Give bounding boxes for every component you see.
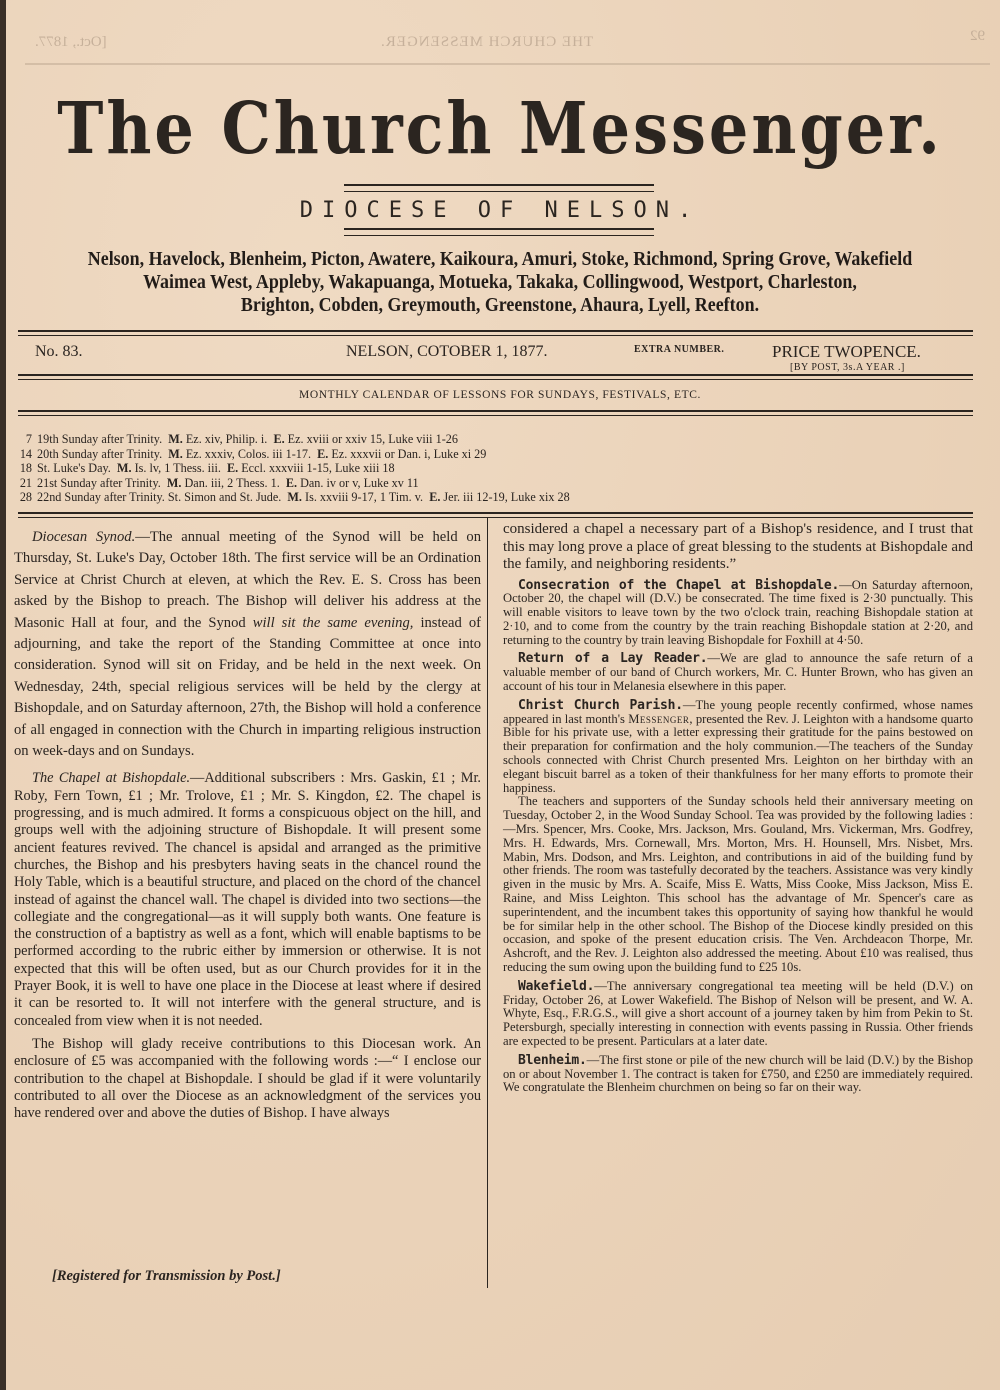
calendar-occasion: 22nd Sunday after Trinity. St. Simon and… — [37, 490, 281, 504]
calendar-occasion: 20th Sunday after Trinity. — [37, 447, 162, 461]
evening-label: E. — [273, 432, 284, 446]
issue-place-date: NELSON, COTOBER 1, 1877. — [346, 343, 548, 361]
article-heading: Diocesan Synod. — [32, 529, 135, 545]
morning-lesson: Is. xxviii 9-17, 1 Tim. v. — [305, 490, 423, 504]
calendar-day: 18 — [16, 461, 32, 476]
article-consecration: Consecration of the Chapel at Bishopdale… — [503, 579, 973, 648]
issue-bottom-rule — [18, 374, 973, 380]
article-contributions: The Bishop will glady receive contributi… — [14, 1036, 481, 1122]
article-wakefield: Wakefield.—The anniversary congregationa… — [503, 980, 973, 1049]
columns-top-rule — [18, 512, 973, 518]
calendar-heading: MONTHLY CALENDAR OF LESSONS FOR SUNDAYS,… — [0, 389, 1000, 401]
parish-line: Brighton, Cobden, Greymouth, Greenstone,… — [40, 294, 960, 317]
evening-lesson: Ez. xxxvii or Dan. i, Luke xi 29 — [331, 447, 486, 461]
ghost-page-number: 92 — [970, 28, 985, 45]
article-blenheim: Blenheim.—The first stone or pile of the… — [503, 1054, 973, 1095]
ghost-title: THE CHURCH MESSENGER. — [380, 34, 593, 51]
morning-label: M. — [168, 447, 183, 461]
calendar-day: 7 — [16, 432, 32, 447]
title-rule — [344, 184, 654, 192]
article-heading: The Chapel at Bishopdale. — [32, 770, 190, 786]
registered-notice: [Registered for Transmission by Post.] — [52, 1268, 281, 1285]
morning-label: M. — [168, 432, 183, 446]
bleed-through-header: [Oct., 1877. THE CHURCH MESSENGER. 92 — [0, 28, 1000, 58]
morning-lesson: Ez. xiv, Philip. i. — [186, 432, 267, 446]
issue-info-bar: No. 83. NELSON, COTOBER 1, 1877. EXTRA N… — [0, 340, 1000, 374]
publication-name: Messenger — [628, 712, 689, 726]
calendar-day: 14 — [16, 447, 32, 462]
evening-label: E. — [227, 461, 238, 475]
calendar-top-rule — [18, 410, 973, 416]
article-heading: Christ Church Parish. — [518, 698, 683, 713]
article-diocesan-synod: Diocesan Synod.—The annual meeting of th… — [14, 527, 481, 762]
morning-lesson: Dan. iii, 2 Thess. 1. — [185, 476, 280, 490]
evening-lesson: Eccl. xxxviii 1-15, Luke xiii 18 — [241, 461, 394, 475]
article-text: instead of adjourning, and take the repo… — [14, 615, 481, 759]
calendar-row: 2822nd Sunday after Trinity. St. Simon a… — [16, 490, 570, 505]
calendar-day: 21 — [16, 476, 32, 491]
article-heading: Blenheim. — [518, 1053, 587, 1068]
newspaper-title: The Church Messenger. — [57, 87, 943, 171]
article-heading: Consecration of the Chapel at Bishopdale… — [518, 578, 839, 593]
article-chapel-bishopdale: The Chapel at Bishopdale.—Additional sub… — [14, 770, 481, 1029]
calendar-row: 1420th Sunday after Trinity. M. Ez. xxxi… — [16, 447, 570, 462]
extra-number-label: EXTRA NUMBER. — [634, 344, 724, 355]
article-heading: Wakefield. — [518, 979, 594, 994]
issue-top-rule — [18, 330, 973, 336]
issue-number: No. 83. — [35, 343, 83, 361]
diocese-heading: DIOCESE OF NELSON. — [0, 198, 1000, 223]
ghost-date: [Oct., 1877. — [35, 34, 107, 51]
article-text: —Additional subscribers : Mrs. Gaskin, £… — [14, 770, 481, 1028]
right-column: considered a chapel a necessary part of … — [503, 521, 973, 1100]
calendar-day: 28 — [16, 490, 32, 505]
calendar-occasion: 19th Sunday after Trinity. — [37, 432, 162, 446]
article-heading: Return of a Lay Reader. — [518, 651, 707, 666]
evening-label: E. — [286, 476, 297, 490]
parish-line: Nelson, Havelock, Blenheim, Picton, Awat… — [40, 248, 960, 271]
evening-label: E. — [317, 447, 328, 461]
parish-line: Waimea West, Appleby, Wakapuanga, Motuek… — [40, 271, 960, 294]
article-sunday-school-anniversary: The teachers and supporters of the Sunda… — [503, 795, 973, 974]
evening-lesson: Jer. iii 12-19, Luke xix 28 — [443, 490, 569, 504]
calendar-occasion: 21st Sunday after Trinity. — [37, 476, 161, 490]
letter-continuation: considered a chapel a necessary part of … — [503, 521, 973, 574]
ghost-rule — [25, 63, 990, 65]
price-label: PRICE TWOPENCE. — [772, 342, 921, 362]
evening-lesson: Dan. iv or v, Luke xv 11 — [300, 476, 419, 490]
evening-label: E. — [429, 490, 440, 504]
article-lay-reader: Return of a Lay Reader.—We are glad to a… — [503, 652, 973, 693]
evening-lesson: Ez. xviii or xxiv 15, Luke viii 1-26 — [288, 432, 458, 446]
left-column: Diocesan Synod.—The annual meeting of th… — [14, 527, 481, 1122]
masthead: The Church Messenger. — [0, 92, 1000, 165]
calendar-row: 719th Sunday after Trinity. M. Ez. xiv, … — [16, 432, 570, 447]
lessons-calendar: 719th Sunday after Trinity. M. Ez. xiv, … — [16, 432, 570, 505]
column-divider — [487, 518, 488, 1288]
morning-label: M. — [117, 461, 132, 475]
morning-label: M. — [287, 490, 302, 504]
article-emphasis: will sit the same evening, — [253, 615, 414, 631]
morning-lesson: Ez. xxxiv, Colos. iii 1-17. — [186, 447, 311, 461]
diocese-rule — [344, 228, 654, 236]
morning-label: M. — [167, 476, 182, 490]
calendar-occasion: St. Luke's Day. — [37, 461, 111, 475]
calendar-row: 18St. Luke's Day. M. Is. lv, 1 Thess. ii… — [16, 461, 570, 476]
calendar-row: 2121st Sunday after Trinity. M. Dan. iii… — [16, 476, 570, 491]
postal-price: [BY POST, 3s.A YEAR .] — [790, 362, 905, 373]
article-christ-church-parish: Christ Church Parish.—The young people r… — [503, 699, 973, 796]
morning-lesson: Is. lv, 1 Thess. iii. — [135, 461, 221, 475]
parish-list: Nelson, Havelock, Blenheim, Picton, Awat… — [40, 248, 960, 317]
